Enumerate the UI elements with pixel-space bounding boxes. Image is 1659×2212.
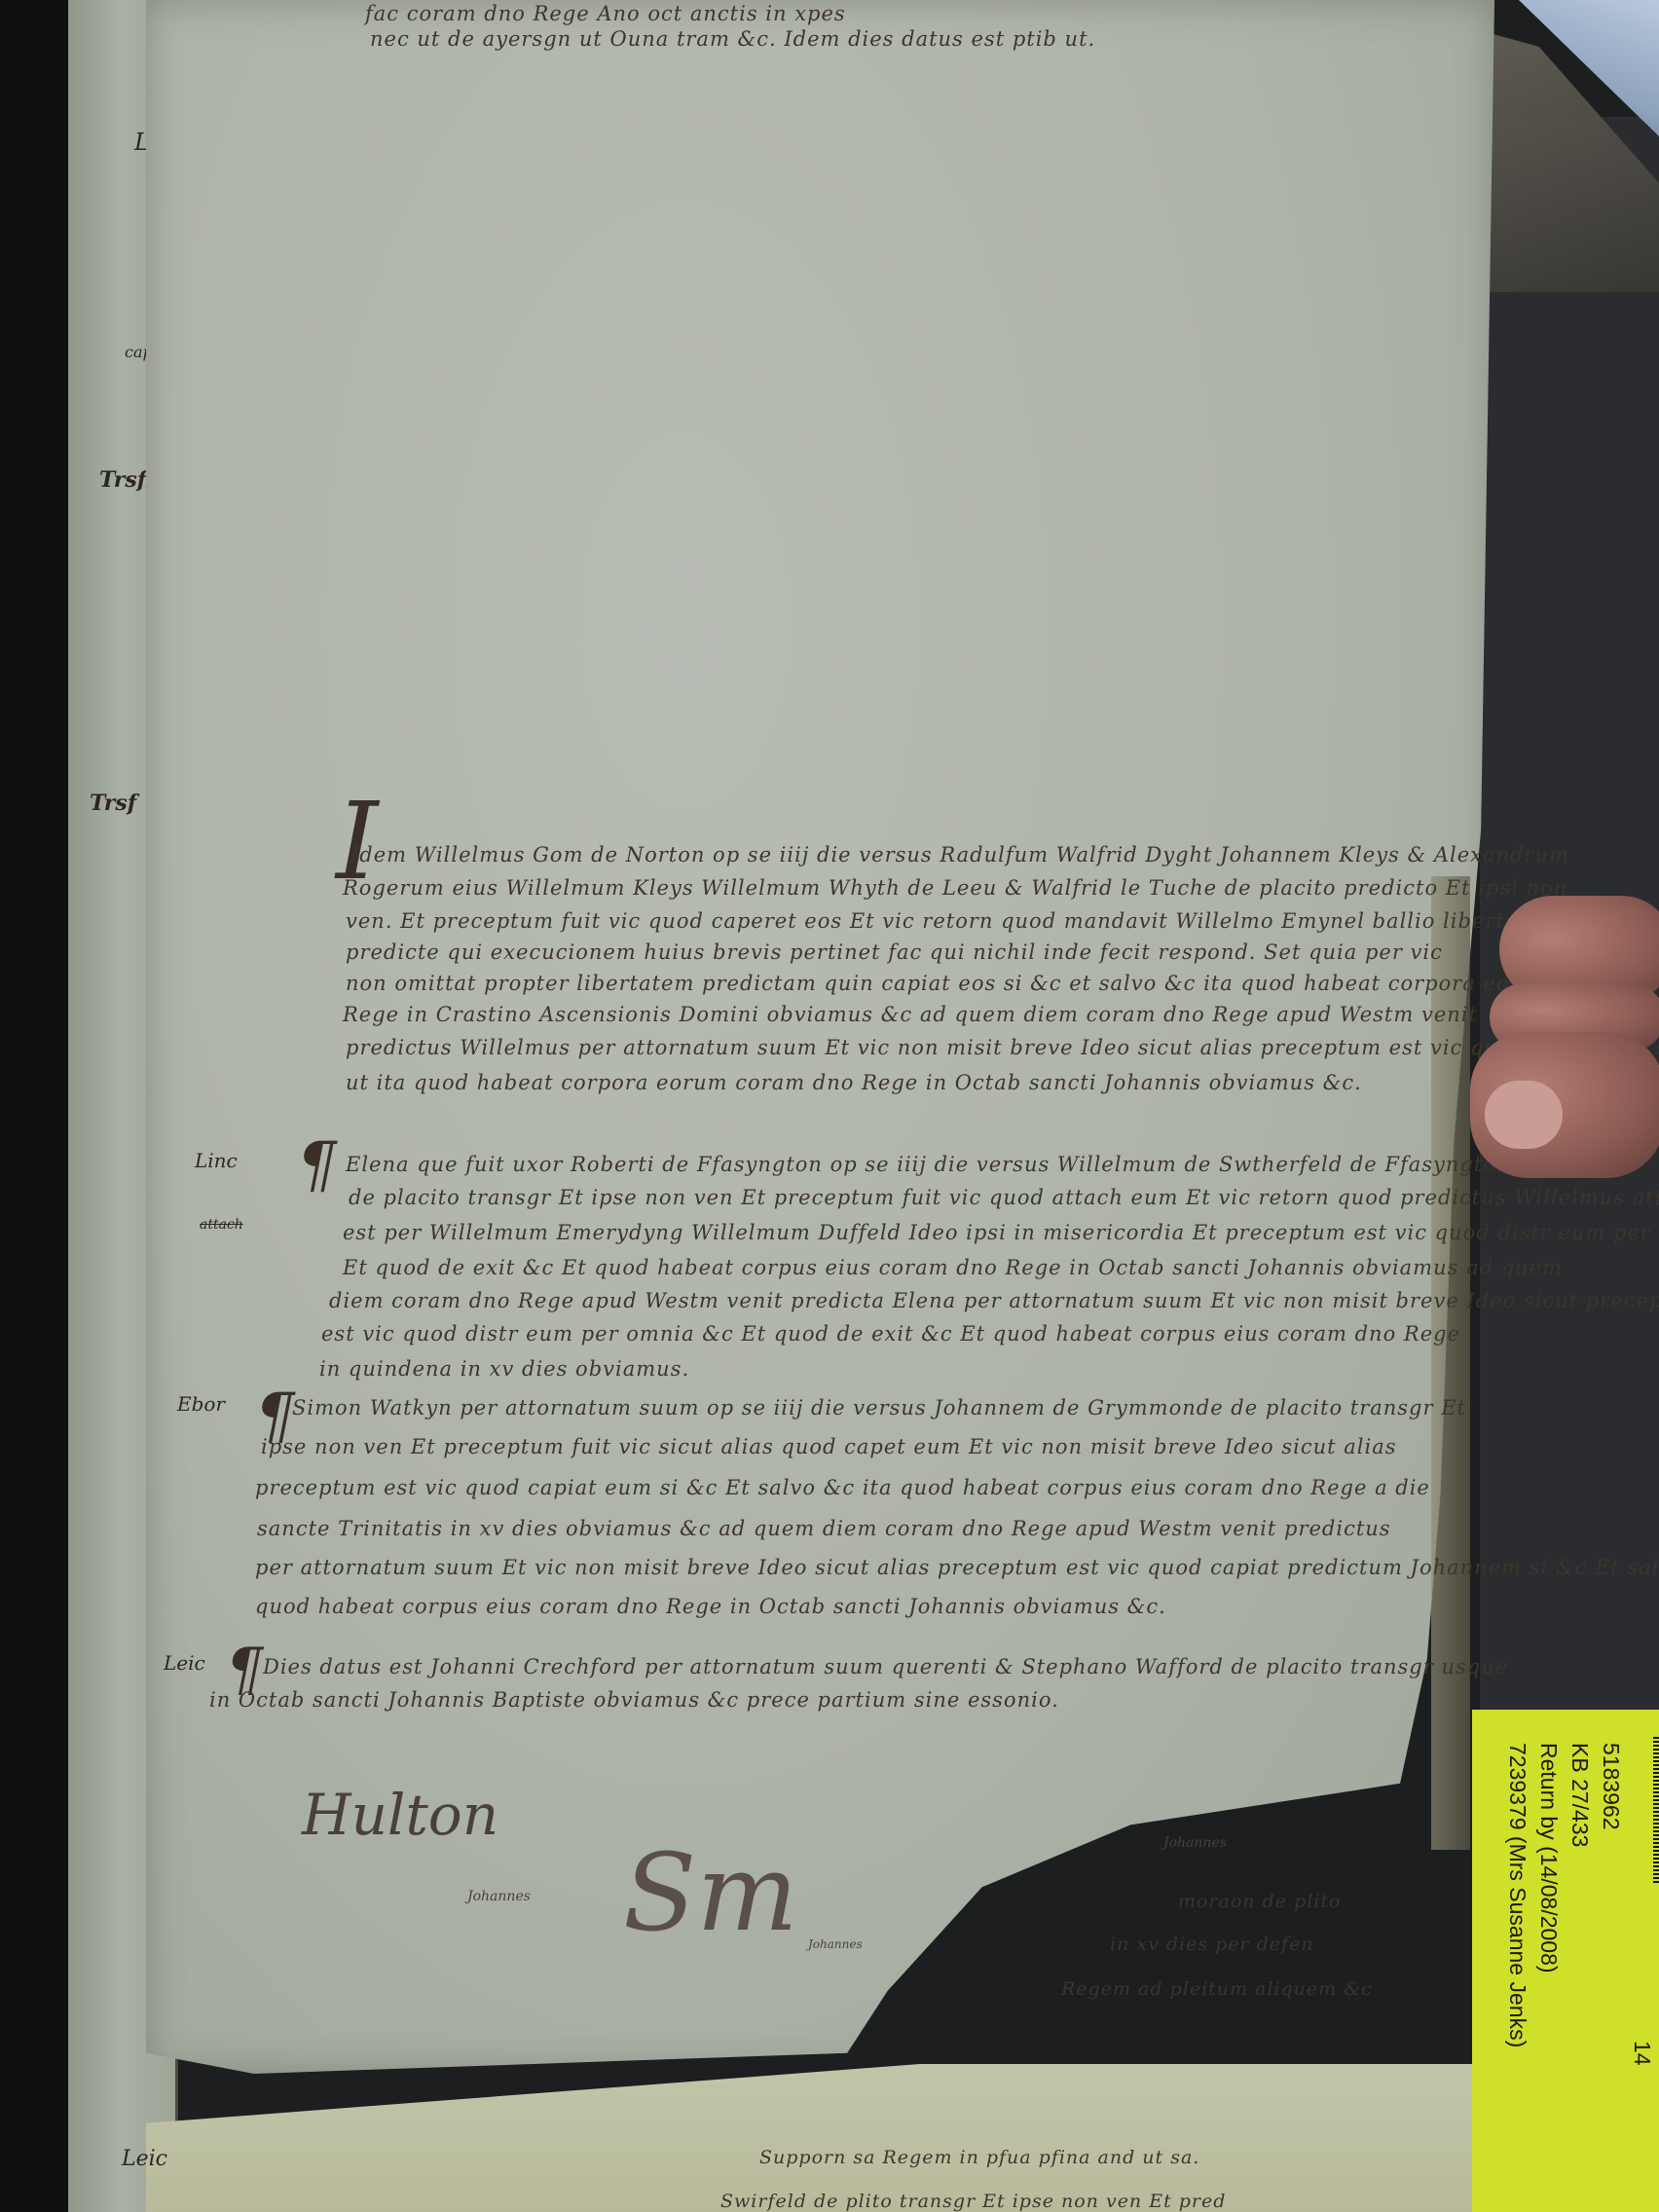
fragment-line: in xv dies per defen: [1110, 1934, 1314, 1955]
signature-small: Johannes: [808, 1937, 863, 1951]
left-margin-note: Trsfi: [99, 467, 153, 493]
slip-return-date: Return by (14/08/2008): [1535, 1743, 1562, 1973]
signature-monogram: Sm: [623, 1830, 798, 1955]
entry-line: predictus Willelmus per attornatum suum …: [346, 1036, 1659, 1059]
slip-reader: 7239379 (Mrs Susanne Jenks): [1504, 1743, 1530, 2047]
entry-line: de placito transgr Et ipse non ven Et pr…: [349, 1186, 1659, 1209]
top-line: nec ut de ayersgn ut Ouna tram &c. Idem …: [370, 27, 1095, 51]
entry-line: diem coram dno Rege apud Westm venit pre…: [329, 1289, 1659, 1312]
entry-line: Et quod de exit &c Et quod habeat corpus…: [343, 1256, 1563, 1279]
entry-line: Dies datus est Johanni Crechford per att…: [263, 1655, 1508, 1678]
bottom-membrane-line: Supporn sa Regem in pfua pfina and ut sa…: [759, 2147, 1199, 2168]
entry-line: ut ita quod habeat corpora eorum coram d…: [346, 1071, 1362, 1094]
bottom-membrane-line: Swirfeld de plito transgr Et ipse non ve…: [720, 2191, 1226, 2212]
margin-attach-note: attach: [200, 1217, 243, 1233]
entry-line: Simon Watkyn per attornatum suum op se i…: [292, 1396, 1466, 1419]
signature-hulton: Hulton: [302, 1782, 498, 1848]
archive-slip: 5183962 KB 27/433 Return by (14/08/2008)…: [1472, 1710, 1659, 2212]
slip-reference: KB 27/433: [1567, 1743, 1593, 1847]
entry-initial: ¶: [297, 1129, 337, 1201]
entry-line: est vic quod distr eum per omnia &c Et q…: [321, 1322, 1460, 1346]
entry-line: ven. Et preceptum fuit vic quod caperet …: [346, 909, 1546, 933]
dark-background-left: [0, 0, 78, 2212]
entry-line: quod habeat corpus eius coram dno Rege i…: [255, 1595, 1166, 1618]
fragment-line: moraon de plito: [1178, 1891, 1341, 1912]
signature-small: Johannes: [1163, 1835, 1227, 1851]
entry-line: Idem Willelmus Gom de Norton op se iiij …: [350, 843, 1569, 866]
margin-county-note: Linc: [195, 1149, 238, 1172]
entry-line: est per Willelmum Emerydyng Willelmum Du…: [343, 1221, 1659, 1244]
entry-line: per attornatum suum Et vic non misit bre…: [255, 1556, 1659, 1579]
entry-line: in Octab sancti Johannis Baptiste obviam…: [209, 1688, 1059, 1712]
entry-line: ipse non ven Et preceptum fuit vic sicut…: [261, 1435, 1397, 1458]
left-margin-note: Trsf: [90, 791, 136, 816]
fragment-line: Regem ad pleitum aliquem &c: [1061, 1978, 1373, 2000]
top-line: fac coram dno Rege Ano oct anctis in xpe…: [365, 2, 846, 25]
margin-county-note: Leic: [164, 1651, 205, 1675]
entry-line: predicte qui execucionem huius brevis pe…: [346, 940, 1443, 964]
margin-county-note: Ebor: [177, 1392, 225, 1416]
slip-document-id: 5183962: [1598, 1743, 1624, 1830]
entry-line: Rogerum eius Willelmum Kleys Willelmum W…: [343, 876, 1567, 900]
entry-line: Rege in Crastino Ascensionis Domini obvi…: [343, 1003, 1478, 1026]
entry-line: non omittat propter libertatem predictam…: [346, 972, 1633, 995]
slip-number: 14: [1629, 2041, 1655, 2066]
margin-county-note: Leic: [122, 2147, 167, 2171]
entry-line: preceptum est vic quod capiat eum si &c …: [255, 1476, 1430, 1499]
barcode: [1653, 1737, 1659, 1883]
thumbnail: [1485, 1081, 1563, 1149]
entry-line: sancte Trinitatis in xv dies obviamus &c…: [257, 1517, 1391, 1540]
entry-line: Elena que fuit uxor Roberti de Ffasyngto…: [346, 1153, 1510, 1176]
entry-line: in quindena in xv dies obviamus.: [319, 1357, 689, 1381]
signature-small: Johannes: [467, 1889, 531, 1904]
